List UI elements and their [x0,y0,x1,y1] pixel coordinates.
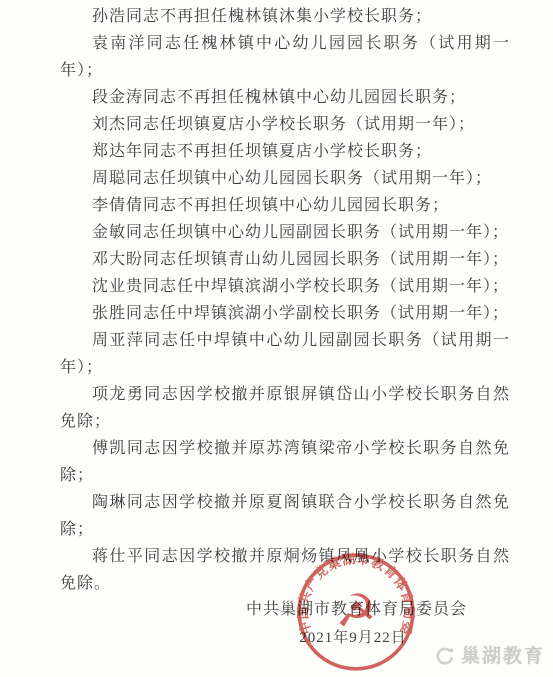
watermark: 巢湖教育 [433,641,545,668]
decision-line: 段金涛同志不再担任槐林镇中心幼儿园园长职务； [60,84,510,111]
watermark-label: 巢湖教育 [461,641,545,668]
chaohu-education-logo-icon [433,644,455,666]
decision-line: 周亚萍同志任中垾镇中心幼儿园副园长职务（试用期一年）； [60,327,510,381]
decision-line: 邓大盼同志任坝镇青山幼儿园园长职务（试用期一年）； [60,246,510,273]
document-body: 孙浩同志不再担任槐林镇沐集小学校长职务； 袁南洋同志任槐林镇中心幼儿园园长职务（… [60,3,510,597]
decision-line: 郑达年同志不再担任坝镇夏店小学校长职务； [60,138,510,165]
decision-line: 刘杰同志任坝镇夏店小学校长职务（试用期一年）； [60,111,510,138]
decision-line: 李倩倩同志不再担任坝镇中心幼儿园园长职务； [60,192,510,219]
decision-line: 袁南洋同志任槐林镇中心幼儿园园长职务（试用期一年）； [60,30,510,84]
decision-line: 孙浩同志不再担任槐林镇沐集小学校长职务； [60,3,510,30]
decision-line: 蒋仕平同志因学校撤并原烔炀镇凤凰小学校长职务自然免除。 [60,543,510,597]
decision-line: 项龙勇同志因学校撤并原银屏镇岱山小学校长职务自然免除； [60,381,510,435]
official-seal: 中国共产党巢湖市教育体育局委员会 ☭ [294,550,418,674]
decision-line: 傅凯同志因学校撤并原苏湾镇梁帝小学校长职务自然免除； [60,435,510,489]
decision-line: 张胜同志任中垾镇滨湖小学副校长职务（试用期一年）； [60,300,510,327]
decision-line: 陶琳同志因学校撤并原夏阁镇联合小学校长职务自然免除； [60,489,510,543]
decision-line: 金敏同志任坝镇中心幼儿园副园长职务（试用期一年）； [60,219,510,246]
document-page: 孙浩同志不再担任槐林镇沐集小学校长职务； 袁南洋同志任槐林镇中心幼儿园园长职务（… [0,0,553,677]
decision-line: 周聪同志任坝镇中心幼儿园园长职务（试用期一年）； [60,165,510,192]
hammer-sickle-emblem-icon: ☭ [336,584,377,637]
decision-line: 沈业贵同志任中垾镇滨湖小学校长职务（试用期一年）； [60,273,510,300]
